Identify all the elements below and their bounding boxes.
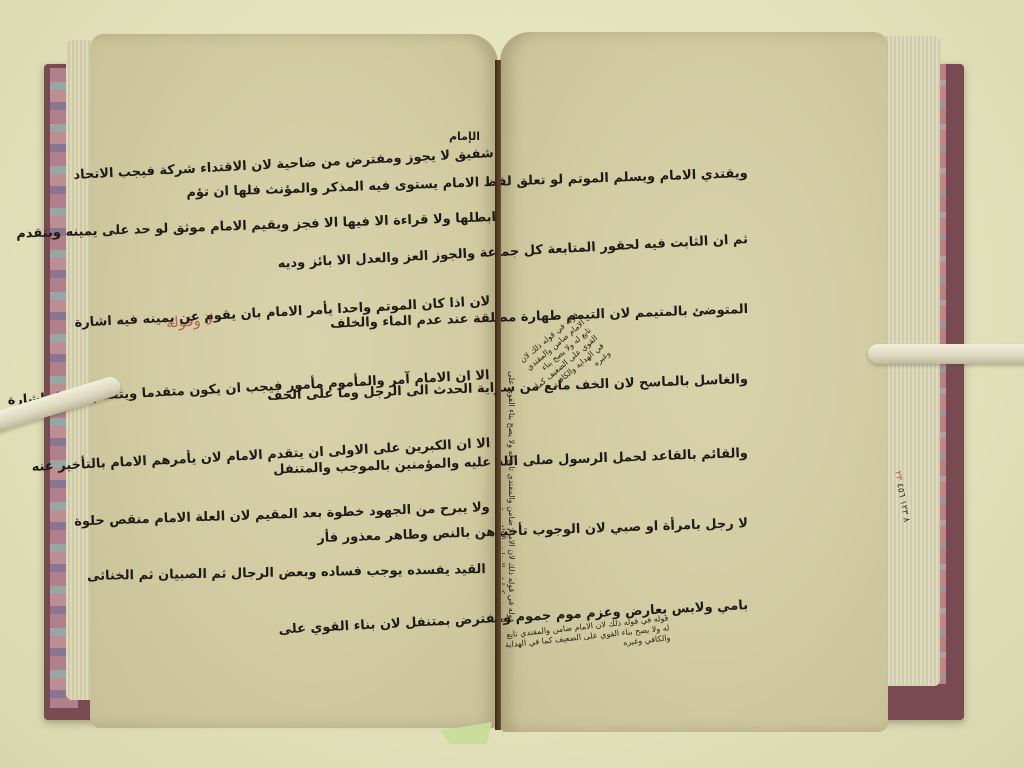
holding-rod-right [868, 344, 1024, 364]
right-page: ويقتدي الامام ويسلم الموتم لو تعلق لفظ ا… [500, 32, 888, 732]
marginal-gloss: قوله في قوله ذلك لان الامام ضامن والمقتد… [513, 310, 619, 415]
text-line: الإمام [449, 130, 480, 143]
text-line: ولا يبرح من الجهود خطوة بعد المقيم لان ا… [74, 500, 490, 529]
marginal-gloss-bottom: قوله في قوله ذلك لان الامام ضامن والمقتد… [499, 613, 680, 740]
book-gutter [495, 60, 501, 730]
marginal-gloss-vertical: قوله في قوله ذلك لان الامام ضامن والمقتد… [502, 362, 516, 622]
text-line: القيد يفسده يوجب فساده وبعض الرجال ثم ال… [87, 562, 486, 584]
